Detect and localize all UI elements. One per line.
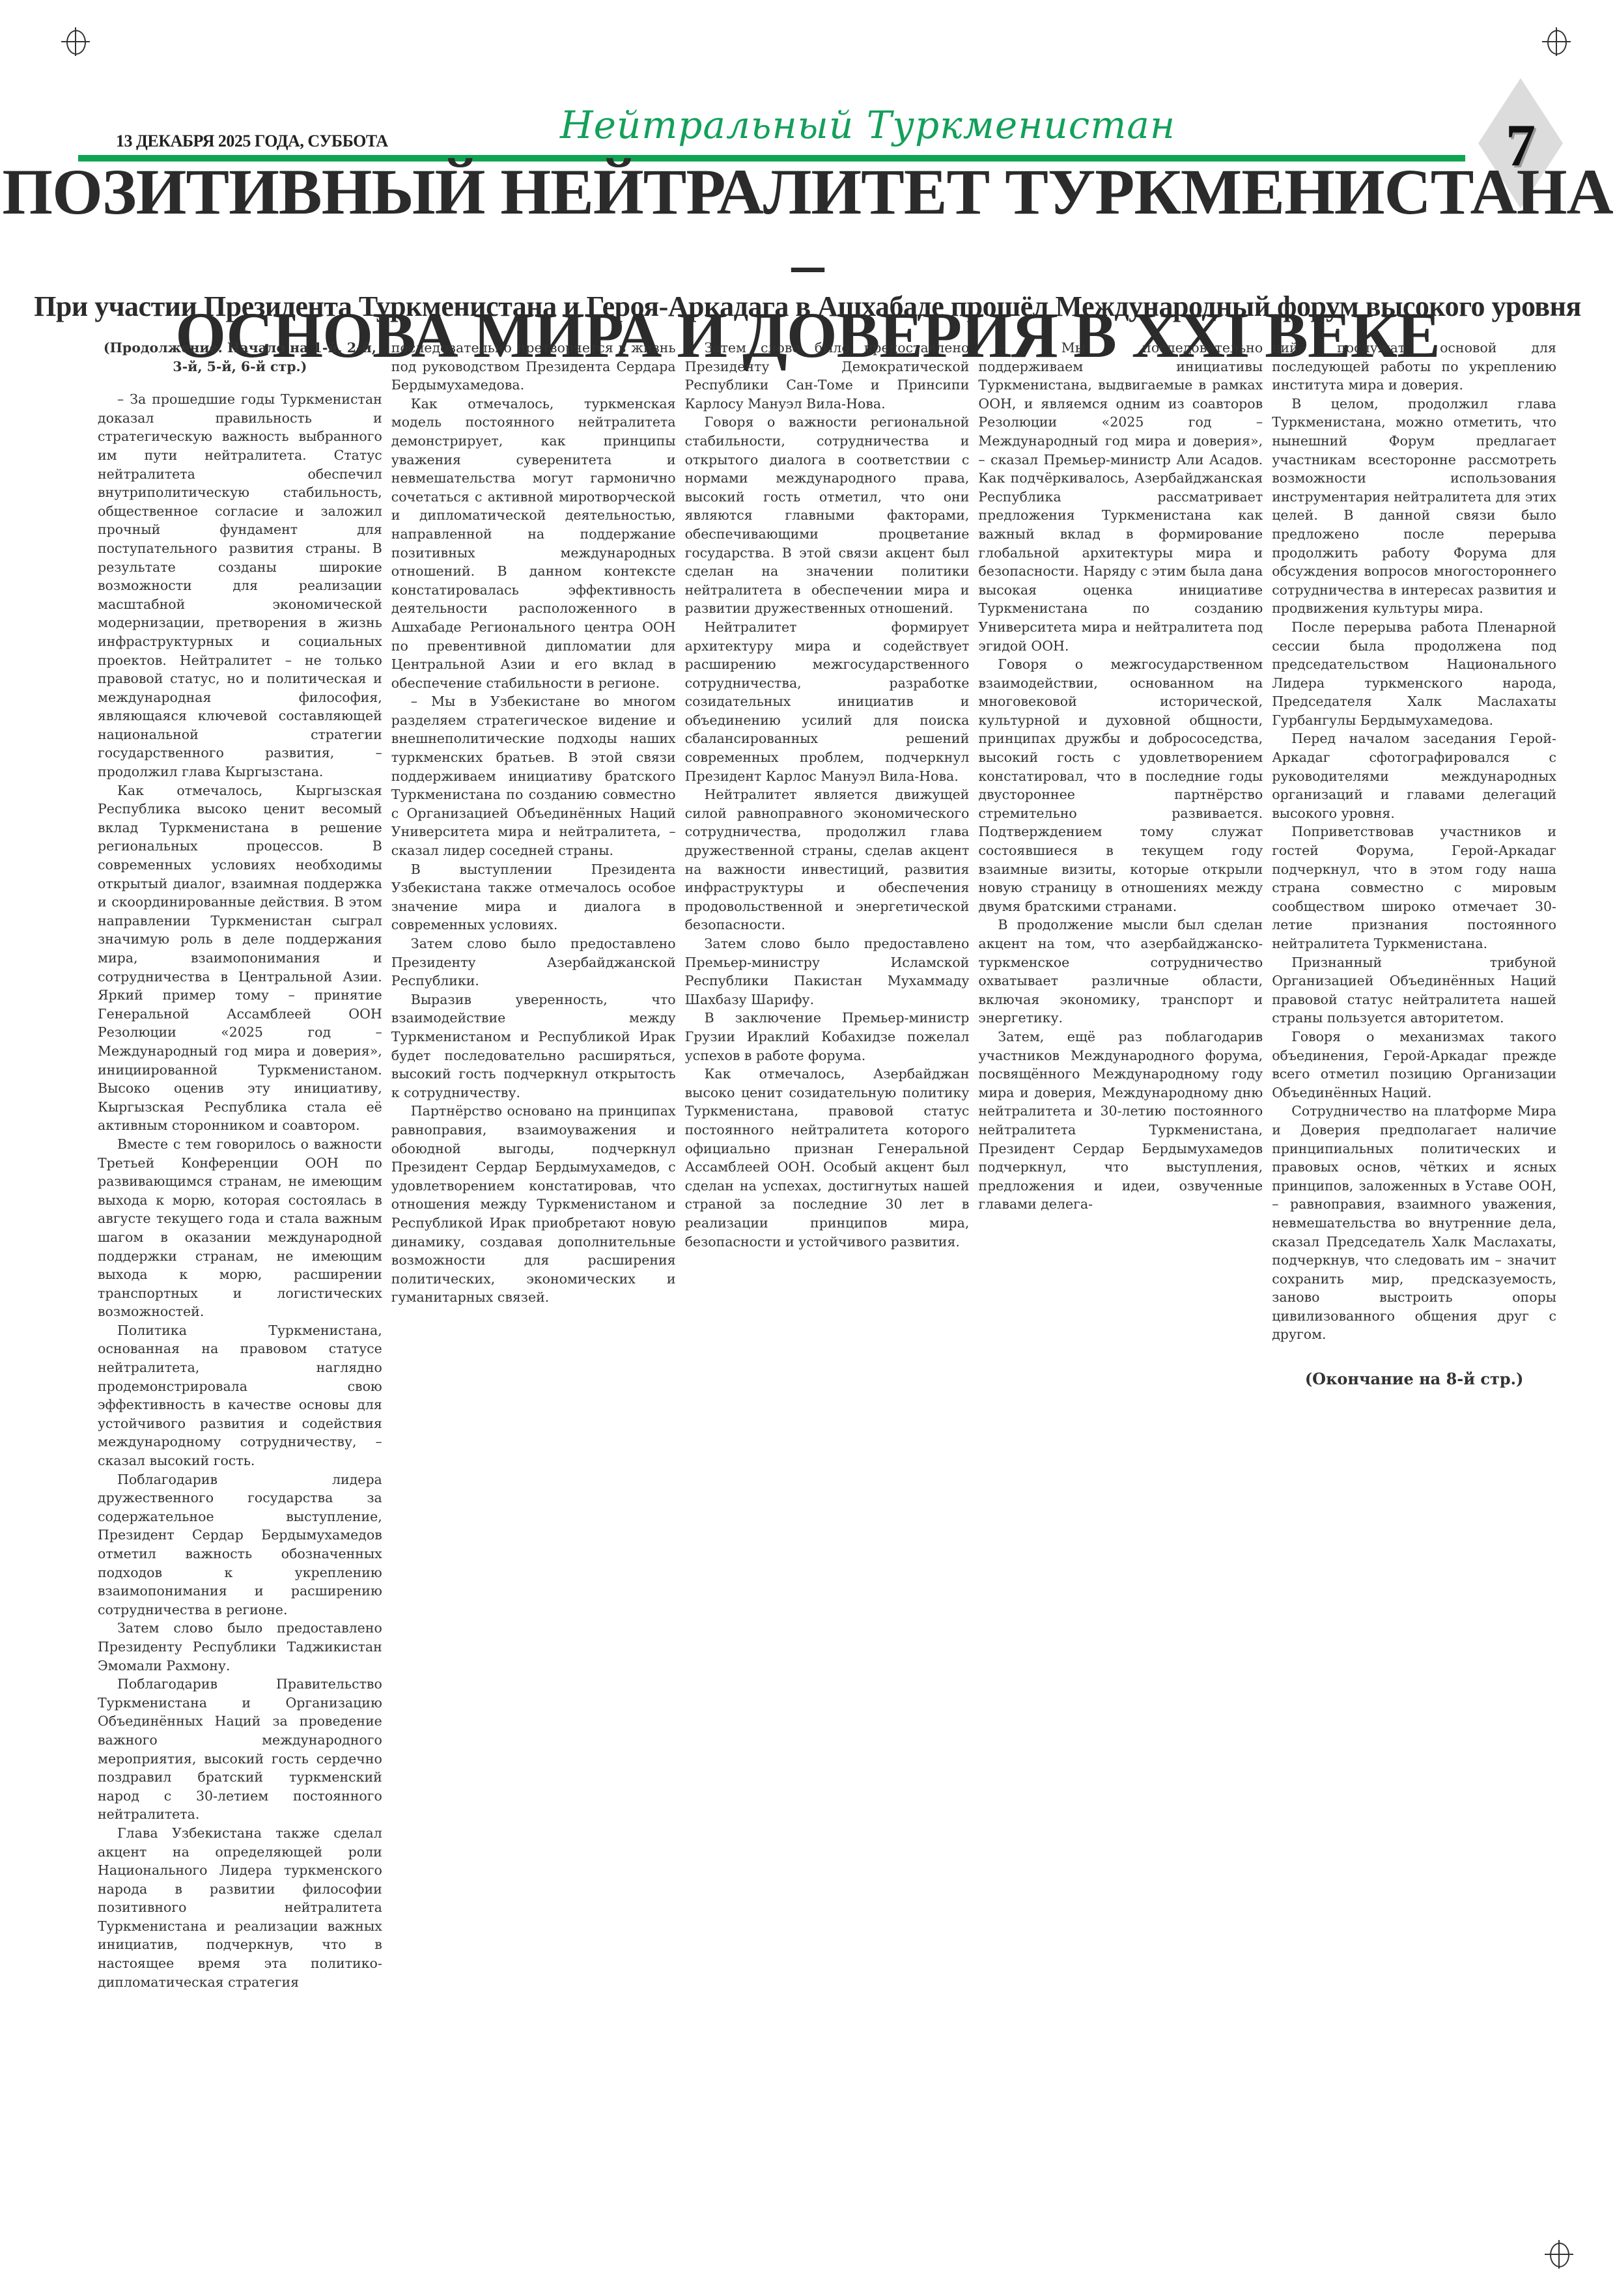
paragraph: В заключение Премьер-министр Грузии Ирак… xyxy=(685,1009,970,1065)
title-line-1: ПОЗИТИВНЫЙ НЕЙТРАЛИТЕТ ТУРКМЕНИСТАНА – xyxy=(0,156,1615,300)
paragraph: Выразив уверенность, что взаимодействие … xyxy=(391,990,676,1102)
paragraph: Поприветствовав участников и гостей Фору… xyxy=(1272,822,1556,953)
registration-mark-icon xyxy=(1542,27,1571,56)
paragraph: Поблагодарив Правительство Туркменистана… xyxy=(98,1675,382,1824)
paragraph: – Мы последовательно поддерживаем инициа… xyxy=(978,339,1263,655)
paragraph: Как отмечалось, Кыргызская Республика вы… xyxy=(98,781,382,1135)
paragraph: Вместе с тем говорилось о важности Треть… xyxy=(98,1135,382,1321)
paragraph: Как отмечалось, Азербайджан высоко ценит… xyxy=(685,1065,970,1251)
paragraph: последовательно претворяется в жизнь под… xyxy=(391,339,676,395)
paragraph: ций, послужат основой для последующей ра… xyxy=(1272,339,1556,395)
paragraph: Нейтралитет формирует архитектуру мира и… xyxy=(685,618,970,785)
column-3: Затем слово было предоставлено Президент… xyxy=(685,339,970,2240)
paragraph: Затем, ещё раз поблагодарив участников М… xyxy=(978,1028,1263,1214)
paragraph: Говоря о межгосударственном взаимодейств… xyxy=(978,655,1263,916)
registration-mark-icon xyxy=(1545,2240,1573,2269)
paragraph: После перерыва работа Пленарной сессии б… xyxy=(1272,618,1556,730)
paragraph: В целом, продолжил глава Туркменистана, … xyxy=(1272,395,1556,618)
paragraph: – Мы в Узбекистане во многом разделяем с… xyxy=(391,692,676,860)
column-4: – Мы последовательно поддерживаем инициа… xyxy=(978,339,1263,2240)
article-body: (Продолжение. Начало на 1-й, 2-й, 3-й, 5… xyxy=(98,339,1556,2240)
newspaper-masthead: Нейтральный Туркменистан xyxy=(560,103,1175,147)
paragraph: Говоря о важности региональной стабильно… xyxy=(685,413,970,618)
paragraph: В выступлении Президента Узбекистана так… xyxy=(391,860,676,934)
paragraph: Партнёрство основано на принципах равноп… xyxy=(391,1102,676,1307)
paragraph: Глава Узбекистана также сделал акцент на… xyxy=(98,1824,382,1991)
paragraph: Сотрудничество на платформе Мира и Довер… xyxy=(1272,1102,1556,1344)
continuation-note: (Продолжение. Начало на 1-й, 2-й, 3-й, 5… xyxy=(98,339,382,376)
paragraph: Говоря о механизмах такого объединения, … xyxy=(1272,1028,1556,1102)
paragraph: Как отмечалось, туркменская модель посто… xyxy=(391,395,676,693)
paragraph: Признанный трибуной Организацией Объедин… xyxy=(1272,953,1556,1028)
paragraph: Затем слово было предоставлено Премьер-м… xyxy=(685,934,970,1009)
paragraph: Затем слово было предоставлено Президент… xyxy=(98,1619,382,1675)
issue-date: 13 ДЕКАБРЯ 2025 ГОДА, СУББОТА xyxy=(116,132,388,151)
column-2: последовательно претворяется в жизнь под… xyxy=(391,339,676,2240)
registration-mark-icon xyxy=(61,27,90,56)
paragraph: Политика Туркменистана, основанная на пр… xyxy=(98,1321,382,1470)
paragraph: В продолжение мысли был сделан акцент на… xyxy=(978,916,1263,1028)
paragraph: Затем слово было предоставлено Президент… xyxy=(685,339,970,413)
column-1: (Продолжение. Начало на 1-й, 2-й, 3-й, 5… xyxy=(98,339,382,2240)
paragraph: Поблагодарив лидера дружественного госуд… xyxy=(98,1470,382,1619)
paragraph: Затем слово было предоставлено Президент… xyxy=(391,934,676,990)
article-subtitle: При участии Президента Туркменистана и Г… xyxy=(0,290,1615,323)
ending-note: (Окончание на 8-й стр.) xyxy=(1272,1370,1556,1389)
paragraph: – За прошедшие годы Туркменистан доказал… xyxy=(98,390,382,781)
paragraph: Перед началом заседания Герой-Аркадаг сф… xyxy=(1272,729,1556,822)
page-header: 13 ДЕКАБРЯ 2025 ГОДА, СУББОТА Нейтральны… xyxy=(78,78,1576,156)
column-5: ций, послужат основой для последующей ра… xyxy=(1272,339,1556,2240)
paragraph: Нейтралитет является движущей силой равн… xyxy=(685,785,970,934)
